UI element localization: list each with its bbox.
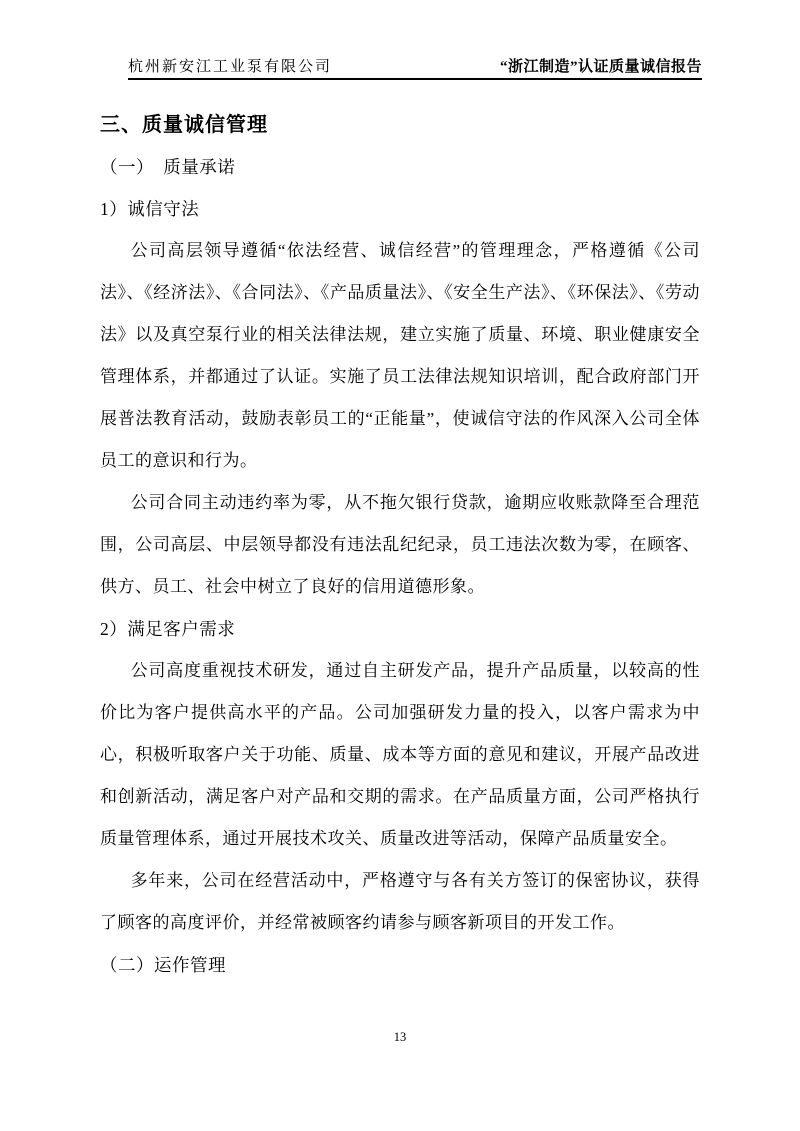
heading: （二）运作管理 [100,944,700,986]
header-report-title: “浙江制造”认证质量诚信报告 [500,57,702,77]
document-body: 三、质量诚信管理 （一） 质量承诺1）诚信守法公司高层领导遵循“依法经营、诚信经… [100,104,700,986]
paragraph: 多年来，公司在经营活动中，严格遵守与各有关方签订的保密协议，获得了顾客的高度评价… [100,860,700,944]
paragraph: 公司合同主动违约率为零，从不拖欠银行贷款，逾期应收账款降至合理范围，公司高层、中… [100,482,700,608]
page-header: 杭州新安江工业泵有限公司 “浙江制造”认证质量诚信报告 [128,57,702,80]
page-number: 13 [394,1030,407,1044]
heading: 2）满足客户需求 [100,608,700,650]
section-title: 三、质量诚信管理 [100,104,700,146]
paragraph: 公司高层领导遵循“依法经营、诚信经营”的管理理念，严格遵循《公司法》、《经济法》… [100,230,700,482]
document-page: 杭州新安江工业泵有限公司 “浙江制造”认证质量诚信报告 三、质量诚信管理 （一）… [0,0,800,1131]
blocks-container: （一） 质量承诺1）诚信守法公司高层领导遵循“依法经营、诚信经营”的管理理念，严… [100,146,700,986]
heading: 1）诚信守法 [100,188,700,230]
paragraph: 公司高度重视技术研发，通过自主研发产品，提升产品质量，以较高的性价比为客户提供高… [100,650,700,860]
header-company-name: 杭州新安江工业泵有限公司 [128,57,332,77]
page-footer: 13 [100,1030,700,1045]
heading: （一） 质量承诺 [100,146,700,188]
